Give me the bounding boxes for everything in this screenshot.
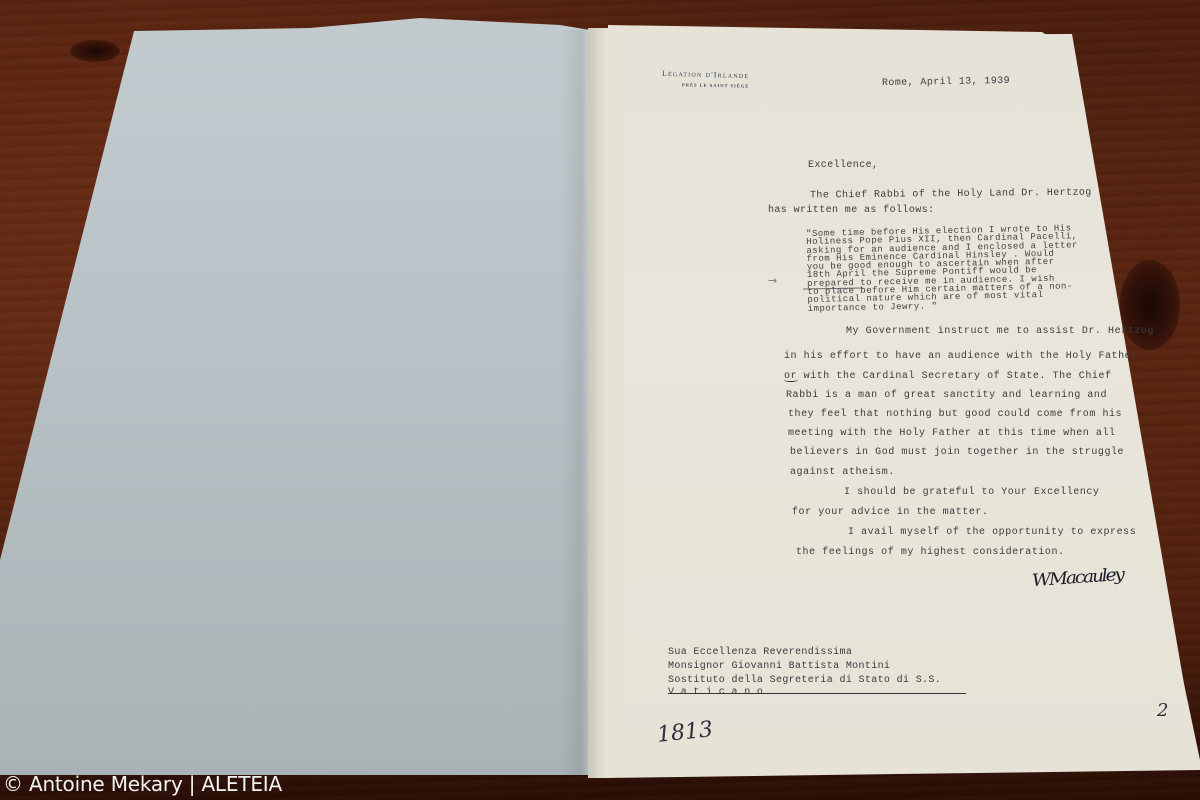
addressee-line: Sua Eccellenza Reverendissima xyxy=(668,647,852,658)
body-line: I avail myself of the opportunity to exp… xyxy=(848,527,1136,538)
addressee-line: Monsignor Giovanni Battista Montini xyxy=(668,661,890,672)
page-fold-shadow xyxy=(560,30,590,775)
photo-credit: © Antoine Mekary | ALETEIA xyxy=(3,772,282,796)
body-line: I should be grateful to Your Excellency xyxy=(844,487,1100,498)
pencil-underline-mark xyxy=(784,378,798,382)
body-line: for your advice in the matter. xyxy=(792,507,989,518)
body-line: the feelings of my highest consideration… xyxy=(796,547,1065,558)
margin-arrow-icon: → xyxy=(768,274,777,287)
body-line: My Government instruct me to assist Dr. … xyxy=(846,326,1154,337)
paragraph-1-line-2: has written me as follows: xyxy=(768,205,934,216)
handwritten-page-number: 2 xyxy=(1157,700,1168,721)
body-line: believers in God must join together in t… xyxy=(790,447,1124,458)
body-line: or with the Cardinal Secretary of State.… xyxy=(784,371,1112,382)
wood-knot xyxy=(70,40,120,62)
salutation: Excellence, xyxy=(808,160,878,171)
quoted-passage: "Some time before His election I wrote t… xyxy=(806,224,1079,313)
body-line: against atheism. xyxy=(790,467,895,478)
body-line: in his effort to have an audience with t… xyxy=(784,351,1138,362)
body-line: they feel that nothing but good could co… xyxy=(788,409,1122,420)
body-line: Rabbi is a man of great sanctity and lea… xyxy=(786,390,1107,401)
addressee-line: Sostituto della Segreteria di Stato di S… xyxy=(668,675,941,686)
letter-date: Rome, April 13, 1939 xyxy=(882,76,1010,89)
addressee-underline xyxy=(668,693,966,694)
body-line: meeting with the Holy Father at this tim… xyxy=(788,428,1116,439)
